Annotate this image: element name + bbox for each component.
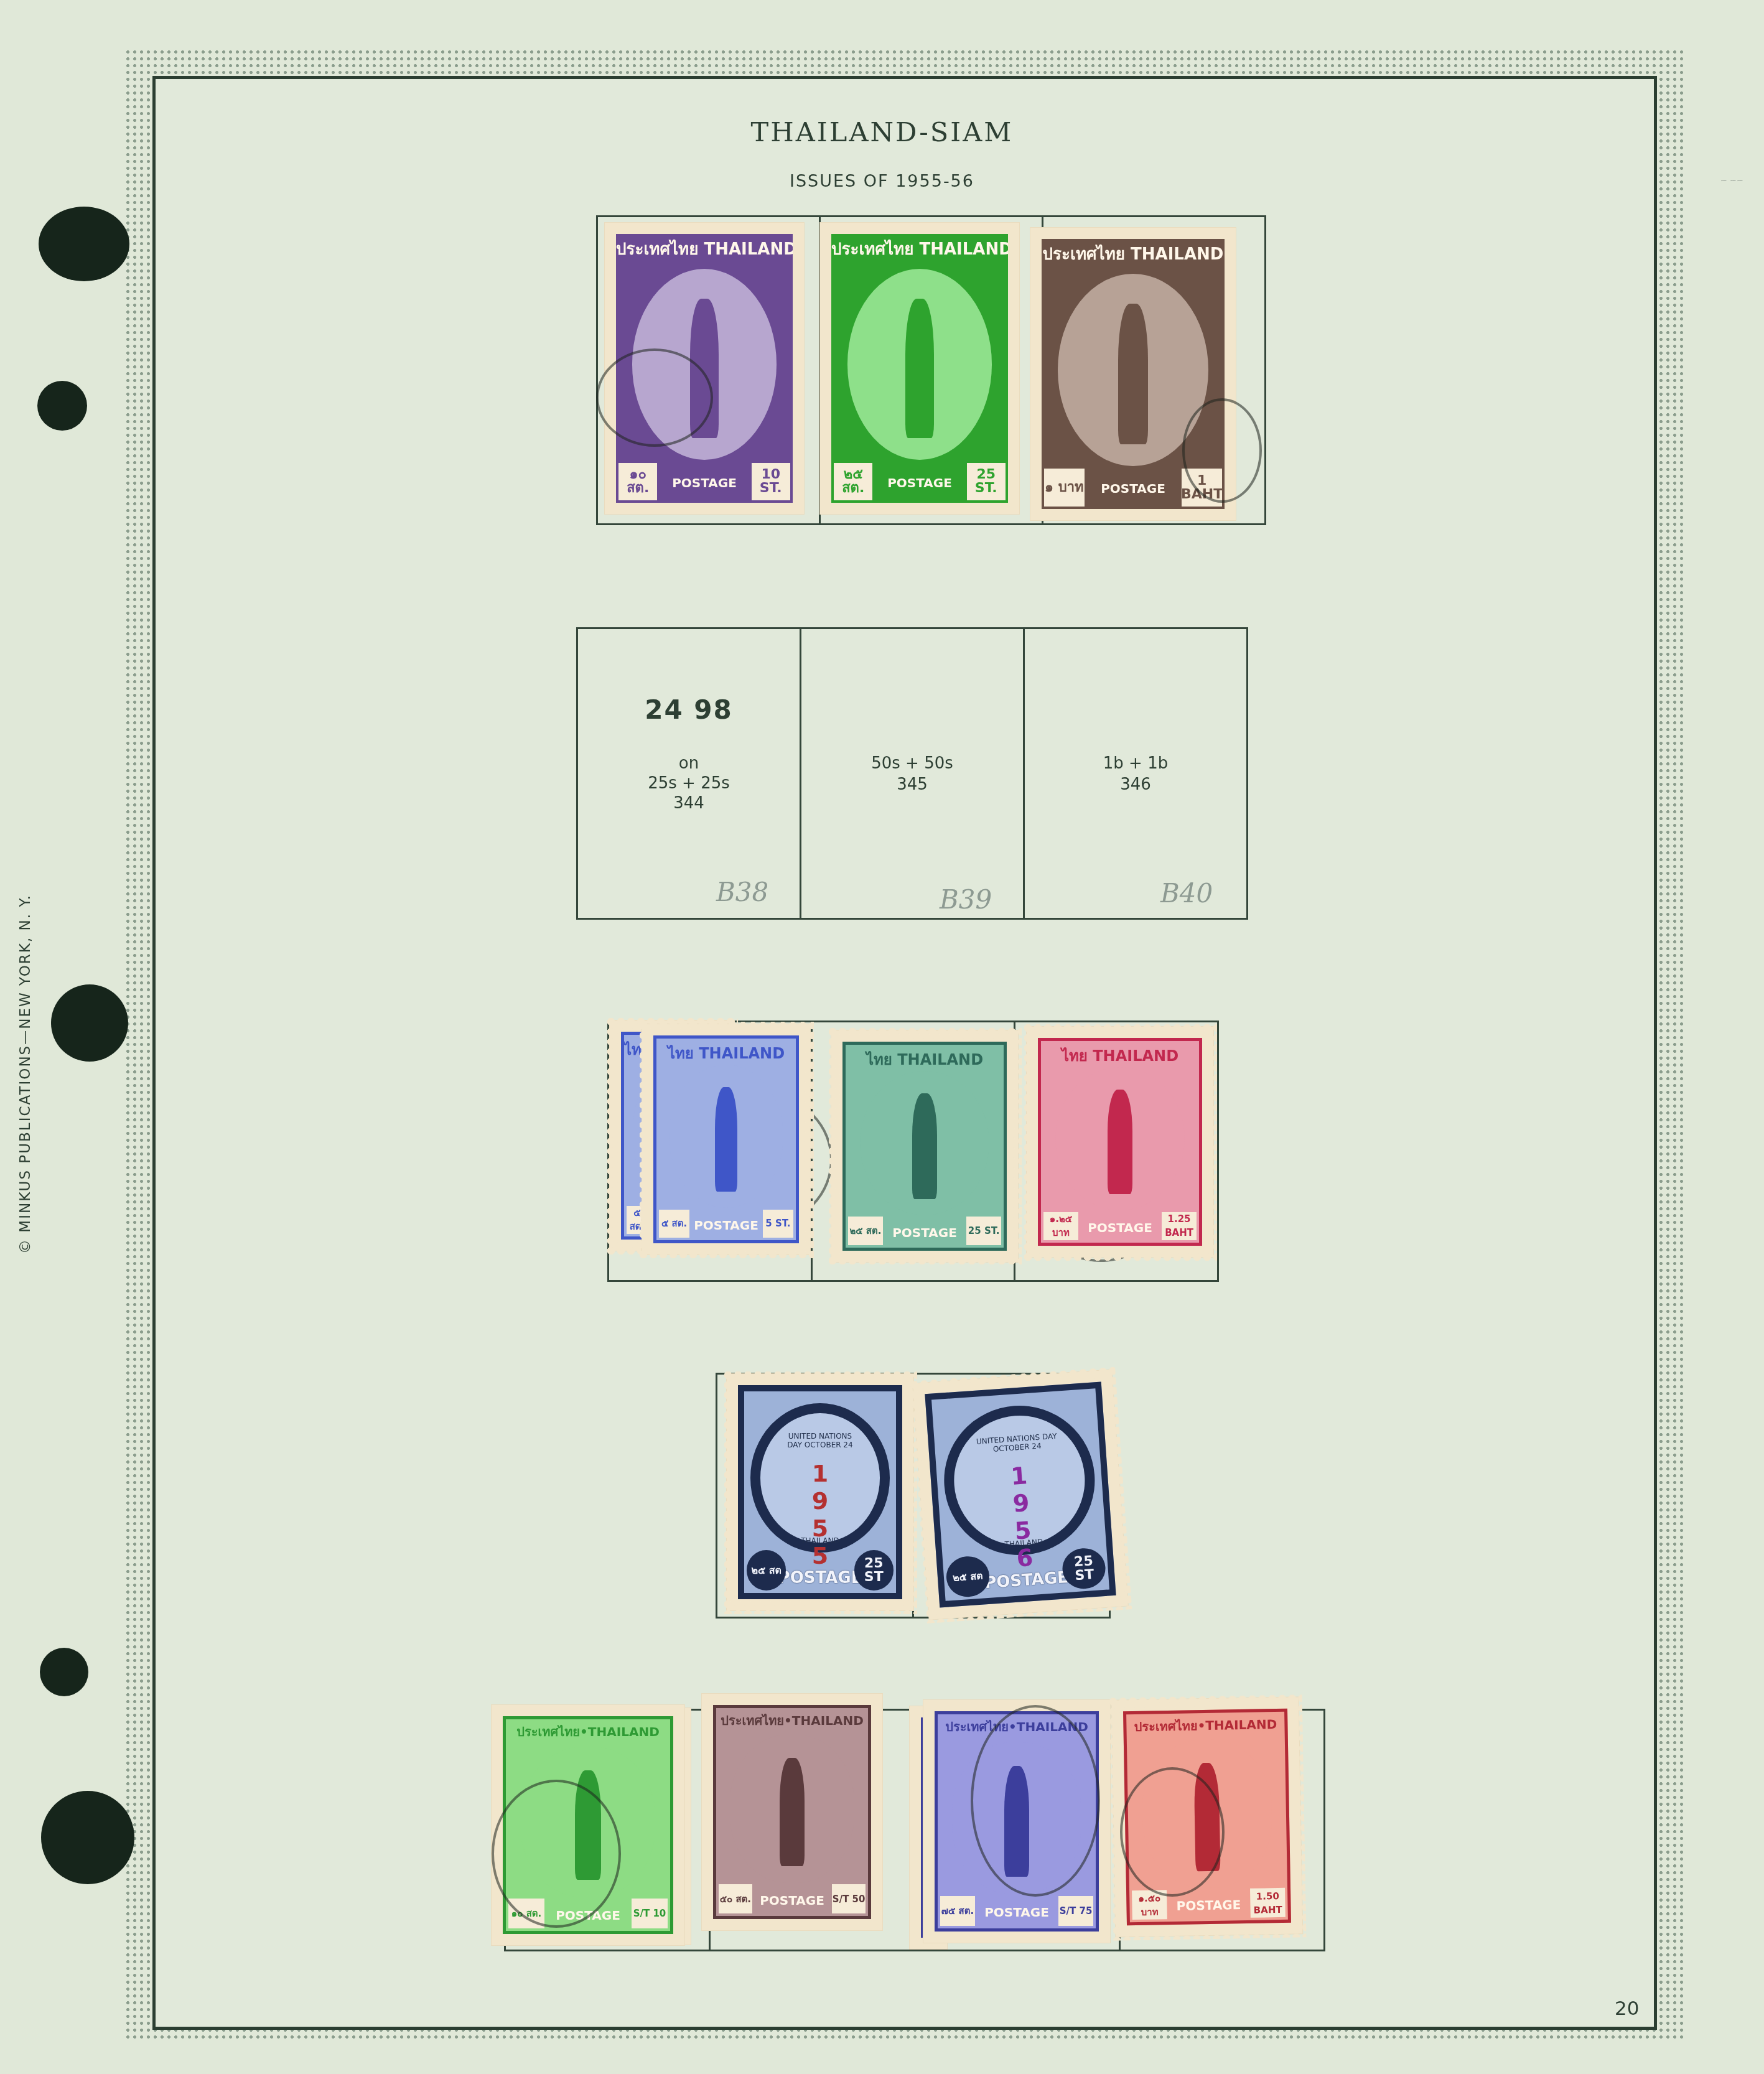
stamp-figure bbox=[1004, 1766, 1030, 1877]
stamp-figure bbox=[575, 1770, 601, 1880]
stamp[interactable]: UNITED NATIONS DAY OCTOBER 241956THAILAN… bbox=[913, 1370, 1128, 1619]
page-number: 20 bbox=[1615, 1997, 1639, 2020]
stamp-value-right: S/T 50 bbox=[832, 1884, 866, 1913]
stamp-figure bbox=[1108, 1090, 1133, 1194]
stamp-value-right: 1 BAHT bbox=[1182, 469, 1222, 507]
stamp[interactable]: UNITED NATIONS DAY OCTOBER 241955THAILAN… bbox=[727, 1374, 913, 1610]
stamp-country-text: ประเทศไทย•THAILAND bbox=[1126, 1714, 1285, 1737]
stamp[interactable]: ประเทศไทย•THAILANDPOSTAGE๕๐ สต.S/T 50 bbox=[702, 1694, 882, 1930]
pencil-annotation: B38 bbox=[716, 877, 768, 907]
stamp-design: ประเทศไทย•THAILANDPOSTAGE๗๕ สต.S/T 75 bbox=[935, 1711, 1099, 1932]
stamp-country-text: ประเทศไทย•THAILAND bbox=[716, 1711, 868, 1731]
stamp-country-text: ประเทศไทย•THAILAND bbox=[938, 1717, 1096, 1737]
stamp-country-text: ไทย THAILAND bbox=[656, 1041, 796, 1065]
empty-stamp-space[interactable]: 50s + 50s 345 B39 bbox=[801, 629, 1025, 918]
pencil-annotation: B39 bbox=[940, 884, 992, 915]
binder-hole bbox=[39, 207, 129, 281]
page-subtitle: ISSUES OF 1955-56 bbox=[0, 172, 1764, 191]
stamp-value-right: 1.50 BAHT bbox=[1250, 1888, 1286, 1918]
stamp-design: ประเทศไทย THAILANDPOSTAGE๒๕ สต.25 ST. bbox=[831, 234, 1008, 503]
stamp-design: ไทย THAILANDPOSTAGE๕ สต.5 ST. bbox=[653, 1035, 799, 1243]
stamp-space-row-2: 24 98 on 25s + 25s 344 B38 50s + 50s 345… bbox=[576, 627, 1248, 920]
page-title: THAILAND-SIAM bbox=[0, 117, 1764, 148]
catalog-line: 25s + 25s bbox=[578, 773, 800, 793]
stamp-country-text: ประเทศไทย THAILAND bbox=[616, 236, 793, 262]
stamp[interactable]: ประเทศไทย•THAILANDPOSTAGE๑๐ สต.S/T 10 bbox=[492, 1705, 684, 1945]
stamp-figure bbox=[905, 299, 933, 439]
stamp-design: ไทย THAILANDPOSTAGE๒๕ สต.25 ST. bbox=[842, 1042, 1007, 1251]
stamp-value-left: ๑.๕๐ บาท bbox=[1132, 1890, 1167, 1920]
stamp[interactable]: ประเทศไทย•THAILANDPOSTAGE๑.๕๐ บาท1.50 BA… bbox=[1112, 1697, 1303, 1936]
stamp-design: ประเทศไทย•THAILANDPOSTAGE๑๐ สต.S/T 10 bbox=[503, 1716, 673, 1934]
stamp-country-text: THAILAND bbox=[744, 1536, 896, 1545]
binder-hole bbox=[37, 381, 87, 431]
stamp-design: ประเทศไทย THAILANDPOSTAGE๑ บาท1 BAHT bbox=[1042, 239, 1225, 509]
stamp[interactable]: ประเทศไทย THAILANDPOSTAGE๑ บาท1 BAHT bbox=[1030, 228, 1236, 520]
pencil-annotation: B40 bbox=[1160, 878, 1213, 909]
stamp-figure bbox=[715, 1087, 737, 1192]
stamp-country-text: ไทย THAILAND bbox=[846, 1047, 1004, 1072]
stamp-value-left: ๒๕ สต. bbox=[848, 1217, 883, 1245]
stamp-value-left: ๑.๒๕ บาท bbox=[1043, 1212, 1078, 1240]
stamp-value-left: ๗๕ สต. bbox=[940, 1896, 975, 1926]
stamp-value-right: 25 ST. bbox=[967, 463, 1006, 500]
stamp-country-text: ประเทศไทย•THAILAND bbox=[506, 1722, 670, 1742]
catalog-line: on bbox=[578, 754, 800, 773]
stamp-value-left: ๑๐ สต. bbox=[508, 1899, 544, 1928]
stamp-design: ประเทศไทย•THAILANDPOSTAGE๑.๕๐ บาท1.50 BA… bbox=[1123, 1709, 1291, 1926]
stamp-value-right: 10 ST. bbox=[752, 463, 790, 500]
stamp[interactable]: ประเทศไทย THAILANDPOSTAGE๑๐ สต.10 ST. bbox=[605, 223, 804, 514]
stamp-value-left: ๒๕ สต. bbox=[834, 463, 872, 500]
stamp[interactable]: ไทย THAILANDPOSTAGE๑.๒๕ บาท1.25 BAHT bbox=[1027, 1027, 1213, 1257]
binder-hole bbox=[40, 1648, 88, 1696]
stamp-design: ประเทศไทย THAILANDPOSTAGE๑๐ สต.10 ST. bbox=[616, 234, 793, 503]
stamp-figure bbox=[780, 1758, 804, 1866]
binder-hole bbox=[51, 984, 128, 1062]
stamp-design: UNITED NATIONS DAY OCTOBER 241956THAILAN… bbox=[925, 1382, 1116, 1608]
stamp[interactable]: ไทย THAILANDPOSTAGE๕ สต.5 ST. bbox=[642, 1024, 810, 1254]
album-page: THAILAND-SIAM ISSUES OF 1955-56 © MINKUS… bbox=[0, 0, 1764, 2074]
pencil-note: ~ ~~ bbox=[1720, 176, 1743, 185]
stamp-value-left: ๕๐ สต. bbox=[719, 1884, 752, 1913]
catalog-line: 50s + 50s bbox=[801, 754, 1023, 773]
publisher-credit: © MINKUS PUBLICATIONS—NEW YORK, N. Y. bbox=[17, 894, 34, 1254]
stamp-figure bbox=[1118, 304, 1147, 444]
stamp-value-right: S/T 75 bbox=[1058, 1896, 1093, 1926]
stamp-design: ประเทศไทย•THAILANDPOSTAGE๕๐ สต.S/T 50 bbox=[713, 1705, 871, 1919]
stamp-figure bbox=[912, 1093, 938, 1199]
catalog-number: 346 bbox=[1025, 775, 1246, 795]
stamp-design: ไทย THAILANDPOSTAGE๑.๒๕ บาท1.25 BAHT bbox=[1038, 1038, 1202, 1246]
stamp-value-right: 1.25 BAHT bbox=[1162, 1212, 1197, 1240]
stamp-value-left: ๑๐ สต. bbox=[618, 463, 657, 500]
overprint-digit: 1 bbox=[744, 1460, 896, 1487]
stamp-design: UNITED NATIONS DAY OCTOBER 241955THAILAN… bbox=[738, 1385, 902, 1599]
stamp-country-text: ไทย THAILAND bbox=[1041, 1044, 1199, 1068]
stamp[interactable]: ประเทศไทย THAILANDPOSTAGE๒๕ สต.25 ST. bbox=[820, 223, 1019, 514]
stamp-figure bbox=[690, 299, 718, 439]
un-day-header: UNITED NATIONS DAY OCTOBER 24 bbox=[782, 1432, 858, 1449]
catalog-number: 345 bbox=[801, 775, 1023, 795]
stamp-country-text: ประเทศไทย THAILAND bbox=[1042, 241, 1225, 267]
overprint-digit: 9 bbox=[744, 1487, 896, 1515]
catalog-number: 344 bbox=[578, 793, 800, 813]
stamp[interactable]: ประเทศไทย•THAILANDPOSTAGE๗๕ สต.S/T 75 bbox=[923, 1700, 1110, 1943]
stamp-value-left: ๑ บาท bbox=[1044, 469, 1085, 507]
binder-hole bbox=[41, 1791, 134, 1884]
stamp-country-text: ประเทศไทย THAILAND bbox=[831, 236, 1008, 262]
catalog-line: 1b + 1b bbox=[1025, 754, 1246, 773]
stamp-value-right: 5 ST. bbox=[763, 1210, 793, 1238]
stamp-value-right: S/T 10 bbox=[632, 1899, 668, 1928]
empty-stamp-space[interactable]: 24 98 on 25s + 25s 344 B38 bbox=[578, 629, 801, 918]
empty-stamp-space[interactable]: 1b + 1b 346 B40 bbox=[1025, 629, 1246, 918]
catalog-headline: 24 98 bbox=[578, 700, 800, 720]
stamp-figure bbox=[1193, 1763, 1221, 1871]
stamp[interactable]: ไทย THAILANDPOSTAGE๒๕ สต.25 ST. bbox=[831, 1030, 1018, 1262]
stamp-value-thai: ๒๕ สต bbox=[747, 1550, 786, 1591]
stamp-value: 25 ST bbox=[854, 1550, 894, 1591]
stamp-value-left: ๕ สต. bbox=[659, 1210, 689, 1238]
stamp-value-right: 25 ST. bbox=[966, 1217, 1001, 1245]
